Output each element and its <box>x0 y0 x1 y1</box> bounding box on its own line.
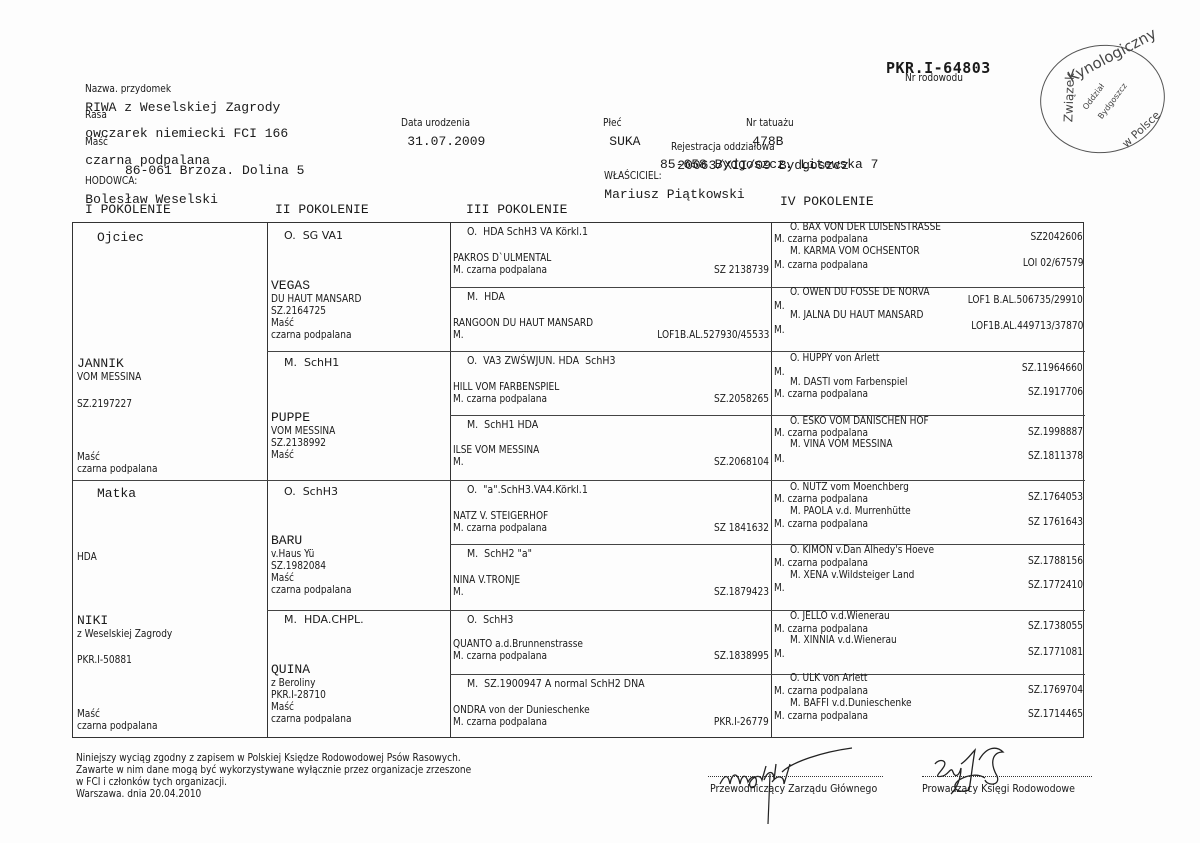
dob-value: 31.07.2009 <box>407 134 485 149</box>
gen4-cell-8: O. ULK von Arlett M. czarna podpalana SZ… <box>772 675 1085 739</box>
ancestor-name: M. JALNA DU HAUT MANSARD <box>790 309 923 321</box>
registration-number: SZ 1841632 <box>714 522 769 534</box>
gen4-cell-5: O. NUTZ vom Moenchberg M. czarna podpala… <box>772 481 1085 545</box>
titles: O. "a".SchH3.VA4.Körkl.1 <box>467 484 588 496</box>
dog-name: JANNIK <box>77 357 124 371</box>
generation-3-header: III POKOLENIE <box>466 202 567 217</box>
ancestor-name: O. JELLO v.d.Wienerau <box>790 610 890 622</box>
ancestor-name: O. KIMON v.Dan Alhedy's Hoeve <box>790 544 934 556</box>
signature-registrar <box>915 744 1095 814</box>
ancestor-name: O. NUTZ vom Moenchberg <box>790 481 909 493</box>
ancestor-color: M. <box>774 366 785 378</box>
color-value: M. czarna podpalana <box>453 650 547 662</box>
ancestor-registration: SZ.1788156 <box>1028 555 1083 567</box>
dog-name: PAKROS D`ULMENTAL <box>453 252 551 264</box>
dog-name: PUPPE <box>271 411 310 425</box>
gen3-cell-1: O. HDA SchH3 VA Körkl.1 PAKROS D`ULMENTA… <box>451 223 771 287</box>
ancestor-registration: SZ.1764053 <box>1028 491 1083 503</box>
gen3-cell-8: M. SZ.1900947 A normal SchH2 DNA ONDRA v… <box>451 675 771 739</box>
ancestor-registration: SZ2042606 <box>1031 231 1083 243</box>
titles: M. SchH2 "a" <box>467 548 532 560</box>
ancestor-color: M. <box>774 453 785 465</box>
ancestor-color: M. <box>774 324 785 336</box>
club-stamp: Kynologiczny Związek w Polsce Oddział By… <box>1033 37 1172 161</box>
ancestor-color: M. czarna podpalana <box>774 388 868 400</box>
ancestor-name: M. DASTI vom Farbenspiel <box>790 376 907 388</box>
color-value: czarna podpalana <box>271 329 351 341</box>
color-label: Maść <box>77 708 100 720</box>
gen4-cell-3: O. HUPPY von Arlett M. SZ.11964660 M. DA… <box>772 352 1085 416</box>
signature-2-label: Prowadzący Księgi Rodowodowe <box>922 783 1075 795</box>
color-value: M. <box>453 456 464 468</box>
dog-name: BARU <box>271 534 302 548</box>
signature-line <box>922 776 1092 777</box>
ancestor-registration: SZ.1714465 <box>1028 708 1083 720</box>
color-value: M. czarna podpalana <box>453 393 547 405</box>
registration-number: SZ.2068104 <box>714 456 769 468</box>
owner-address: 85-658 Bydgoszcz. Litewska 7 <box>660 157 878 172</box>
signature-1-label: Przewodniczący Zarządu Głównego <box>710 783 877 795</box>
ancestor-registration: SZ.1738055 <box>1028 620 1083 632</box>
statement-line: Zawarte w nim dane mogą być wykorzystywa… <box>76 764 471 776</box>
ancestor-registration: SZ.1811378 <box>1028 450 1083 462</box>
breeder-address: 86-061 Brzoza. Dolina 5 <box>125 163 304 178</box>
registration-number: SZ.1879423 <box>714 586 769 598</box>
gen4-cell-7: O. JELLO v.d.Wienerau M. czarna podpalan… <box>772 611 1085 674</box>
titles: M. SchH1 HDA <box>467 419 538 431</box>
color-label: Maść <box>77 451 100 463</box>
dog-name: VEGAS <box>271 279 310 293</box>
gen4-cell-6: O. KIMON v.Dan Alhedy's Hoeve M. czarna … <box>772 545 1085 610</box>
stamp-outer-text: Kynologiczny <box>1065 24 1160 86</box>
dog-name: ONDRA von der Dunieschenke <box>453 704 590 716</box>
gen3-cell-4: M. SchH1 HDA ILSE VOM MESSINA M. SZ.2068… <box>451 416 771 480</box>
registration-number: PKR.I-26779 <box>714 716 769 728</box>
ancestor-name: O. HUPPY von Arlett <box>790 352 879 364</box>
ancestor-color: M. czarna podpalana <box>774 493 868 505</box>
titles: O. SchH3 <box>284 485 338 499</box>
ancestor-registration: SZ.1769704 <box>1028 684 1083 696</box>
titles: O. HDA SchH3 VA Körkl.1 <box>467 226 588 238</box>
color-value: M. <box>453 329 464 341</box>
ancestor-registration: LOF1 B.AL.506735/29910 <box>968 294 1083 306</box>
ancestor-color: M. <box>774 300 785 312</box>
dog-name: RANGOON DU HAUT MANSARD <box>453 317 593 329</box>
ancestor-name: M. VINA VOM MESSINA <box>790 438 893 450</box>
ancestor-color: M. czarna podpalana <box>774 233 868 245</box>
generation-4-header: IV POKOLENIE <box>780 194 874 209</box>
ancestor-color: M. <box>774 582 785 594</box>
titles: O. VA3 ZWŚWJUN. HDA SchH3 <box>467 355 615 367</box>
ancestor-name: M. BAFFI v.d.Dunieschenke <box>790 697 912 709</box>
dog-name: HILL VOM FARBENSPIEL <box>453 381 559 393</box>
ancestor-registration: LOF1B.AL.449713/37870 <box>971 320 1083 332</box>
gen4-cell-1: O. BAX VON DER LUISENSTRASSE M. czarna p… <box>772 223 1085 287</box>
ancestor-registration: LOI 02/67579 <box>1022 257 1083 269</box>
titles: O. SG VA1 <box>284 229 343 243</box>
registration-number: SZ.2058265 <box>714 393 769 405</box>
dog-name: QUANTO a.d.Brunnenstrasse <box>453 638 583 650</box>
gen2-cell-2: M. SchH1 PUPPE VOM MESSINA SZ.2138992 Ma… <box>268 352 450 480</box>
kennel-name: DU HAUT MANSARD <box>271 293 361 305</box>
kennel-name: VOM MESSINA <box>271 425 335 437</box>
gen3-cell-5: O. "a".SchH3.VA4.Körkl.1 NATZ V. STEIGER… <box>451 481 771 544</box>
registration-number: SZ.2197227 <box>77 398 132 410</box>
ancestor-name: O. ESKO VOM DANISCHEN HOF <box>790 415 929 427</box>
owner-name: Mariusz Piątkowski <box>604 187 744 202</box>
registration-number: LOF1B.AL.527930/45533 <box>657 329 769 341</box>
registration-number: SZ.2164725 <box>271 305 326 317</box>
ancestor-registration: SZ 1761643 <box>1028 516 1083 528</box>
ancestor-name: O. BAX VON DER LUISENSTRASSE <box>790 221 941 233</box>
color-label: Maść <box>271 572 294 584</box>
gen3-cell-7: O. SchH3 QUANTO a.d.Brunnenstrasse M. cz… <box>451 611 771 674</box>
role-label: Matka <box>97 487 136 501</box>
color-value: czarna podpalana <box>271 584 351 596</box>
ancestor-registration: SZ.1771081 <box>1028 646 1083 658</box>
generation-2-header: II POKOLENIE <box>275 202 369 217</box>
color-value: M. czarna podpalana <box>453 264 547 276</box>
kennel-name: v.Haus Yü <box>271 548 314 560</box>
ancestor-color: M. czarna podpalana <box>774 557 868 569</box>
ancestor-color: M. czarna podpalana <box>774 518 868 530</box>
color-label: Maść <box>271 449 294 461</box>
gen2-cell-3: O. SchH3 BARU v.Haus Yü SZ.1982084 Maść … <box>268 481 450 610</box>
registration-number: SZ.1982084 <box>271 560 326 572</box>
titles: HDA <box>77 551 97 563</box>
ancestor-registration: SZ.11964660 <box>1022 362 1083 374</box>
gen2-cell-1: O. SG VA1 VEGAS DU HAUT MANSARD SZ.21647… <box>268 223 450 351</box>
ancestor-name: M. KARMA VOM OCHSENTOR <box>790 245 920 257</box>
issue-date: Warszawa. dnia 20.04.2010 <box>76 788 201 800</box>
gen4-cell-4: O. ESKO VOM DANISCHEN HOF M. czarna podp… <box>772 416 1085 480</box>
kennel-name: z Weselskiej Zagrody <box>77 628 172 640</box>
titles: M. HDA.CHPL. <box>284 613 364 627</box>
statement-line: w FCI i członków tych organizacji. <box>76 776 227 788</box>
gen1-sire-cell: Ojciec JANNIK VOM MESSINA SZ.2197227 Maś… <box>73 223 267 480</box>
color-label: Maść <box>271 701 294 713</box>
ancestor-name: M. XENA v.Wildsteiger Land <box>790 569 914 581</box>
color-value: M. czarna podpalana <box>453 522 547 534</box>
ancestor-color: M. czarna podpalana <box>774 259 868 271</box>
color-value: M. czarna podpalana <box>453 716 547 728</box>
ancestor-name: O. ULK von Arlett <box>790 672 867 684</box>
ancestor-registration: SZ.1772410 <box>1028 579 1083 591</box>
ancestor-name: O. OWEN DU FOSSE DE NORVA <box>790 286 930 298</box>
color-value: M. <box>453 586 464 598</box>
registration-number: SZ.2138992 <box>271 437 326 449</box>
dog-name: NINA V.TRONJE <box>453 574 520 586</box>
registration-number: PKR.I-28710 <box>271 689 326 701</box>
dog-name: NIKI <box>77 614 108 628</box>
dog-name: QUINA <box>271 663 310 677</box>
registration-number: SZ.1838995 <box>714 650 769 662</box>
gen2-cell-4: M. HDA.CHPL. QUINA z Beroliny PKR.I-2871… <box>268 611 450 739</box>
kennel-name: z Beroliny <box>271 677 315 689</box>
gen3-cell-3: O. VA3 ZWŚWJUN. HDA SchH3 HILL VOM FARBE… <box>451 352 771 415</box>
ancestor-color: M. czarna podpalana <box>774 685 868 697</box>
pedigree-table: Ojciec JANNIK VOM MESSINA SZ.2197227 Maś… <box>72 222 1084 738</box>
color-value: czarna podpalana <box>77 463 157 475</box>
statement-line: Niniejszy wyciąg zgodny z zapisem w Pols… <box>76 752 461 764</box>
color-value: czarna podpalana <box>77 720 157 732</box>
generation-1-header: I POKOLENIE <box>85 202 171 217</box>
dob-field: Data urodzenia 31.07.2009 <box>383 92 485 168</box>
color-value: czarna podpalana <box>271 713 351 725</box>
registration-number: PKR.I-50881 <box>77 654 132 666</box>
pedigree-number: PKR.I-64803 <box>886 59 991 77</box>
registration-number: SZ 2138739 <box>714 264 769 276</box>
ancestor-name: M. XINNIA v.d.Wienerau <box>790 634 897 646</box>
ancestor-registration: SZ.1917706 <box>1028 386 1083 398</box>
gen4-cell-2: O. OWEN DU FOSSE DE NORVA M. LOF1 B.AL.5… <box>772 288 1085 352</box>
titles: O. SchH3 <box>467 614 513 626</box>
titles: M. SchH1 <box>284 356 339 370</box>
gen3-cell-6: M. SchH2 "a" NINA V.TRONJE M. SZ.1879423 <box>451 545 771 610</box>
titles: M. HDA <box>467 291 505 303</box>
dog-name: ILSE VOM MESSINA <box>453 444 539 456</box>
dog-name: NATZ V. STEIGERHOF <box>453 510 548 522</box>
signature-line <box>708 776 883 777</box>
ancestor-color: M. <box>774 648 785 660</box>
ancestor-registration: SZ.1998887 <box>1028 426 1083 438</box>
titles: M. SZ.1900947 A normal SchH2 DNA <box>467 678 645 690</box>
ancestor-name: M. PAOLA v.d. Murrenhütte <box>790 505 911 517</box>
ancestor-color: M. czarna podpalana <box>774 710 868 722</box>
gen1-dam-cell: Matka HDA NIKI z Weselskiej Zagrody PKR.… <box>73 481 267 739</box>
role-label: Ojciec <box>97 231 144 245</box>
color-label: Maść <box>271 317 294 329</box>
kennel-name: VOM MESSINA <box>77 371 141 383</box>
